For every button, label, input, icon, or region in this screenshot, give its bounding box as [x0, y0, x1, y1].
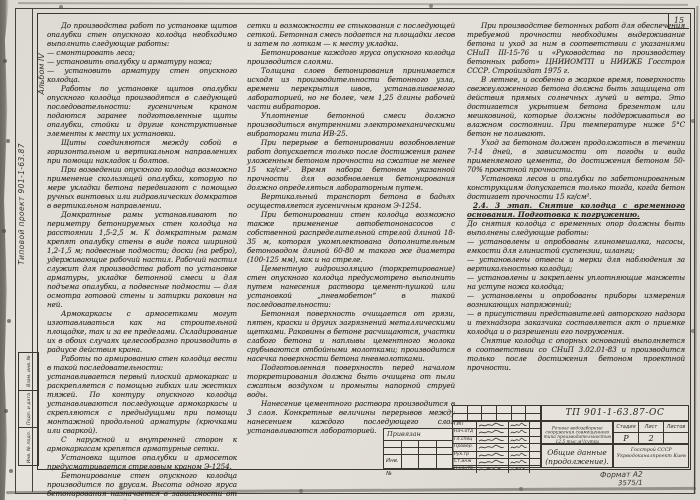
- project-name-cell: Речные водозаборные сооружения совмещенн…: [541, 421, 613, 444]
- paragraph: При возведении опускного колодца возможн…: [47, 165, 237, 210]
- paragraph: Цементную гидроизоляцию (торкретирование…: [247, 264, 455, 309]
- signature-name-cell: [477, 452, 509, 458]
- signature-autograph-cell: [509, 422, 530, 428]
- left-margin-stamp-cells: Взам. инв. №Подп. и датаИнв. № подл.: [18, 352, 39, 466]
- stage-table-headers: СтадияЛистЛистов: [614, 422, 688, 433]
- project-vertical-label: Типовой проект 901-1-63.87: [18, 124, 26, 284]
- margin-cell-label: Подп. и дата: [26, 393, 31, 425]
- signature-role-label: Н.контр: [453, 466, 477, 472]
- paragraph: Армокаркасы с армосетками могут изготавл…: [47, 309, 237, 354]
- margin-cell: Инв. № подл.: [19, 428, 38, 465]
- paragraph: Работы по армированию стен колодца вести…: [47, 354, 237, 372]
- paragraph: До производства работ по установке щитов…: [47, 21, 237, 48]
- signature-date-cell: [530, 452, 540, 458]
- stage-sheet-table: СтадияЛистЛистов Р2: [613, 421, 689, 444]
- signature-scribble: [510, 437, 528, 443]
- revision-grid: [452, 405, 541, 421]
- paragraph: Домкратные рамы устанавливают по перимет…: [47, 210, 237, 309]
- inv-number-label: Инв. №: [384, 455, 402, 468]
- signature-date-cell: [530, 459, 540, 465]
- signature-date-cell: [530, 422, 540, 428]
- signature-row: Рук.гр: [453, 452, 540, 459]
- signature-scribble: [478, 429, 507, 435]
- album-handwritten-label: Альбом IV: [38, 24, 46, 124]
- signature-scribble: [478, 422, 507, 428]
- binding-reference-table: Привязан Инв. №: [383, 428, 454, 469]
- paragraph: Уплотнение бетонной смеси должно произво…: [247, 111, 455, 138]
- binding-table-row: [384, 448, 453, 455]
- signature-role-label: Ст.инж: [453, 459, 477, 465]
- paragraph: Бетонирование каждого яруса опускного ко…: [247, 48, 455, 66]
- organization-text: Госстрой СССР Укрводоканалпроект Киев: [614, 448, 688, 458]
- stage-header-cell: Стадия: [614, 422, 639, 432]
- signature-autograph-cell: [509, 466, 530, 472]
- signature-name-cell: [477, 422, 509, 428]
- paragraph: — в присутствии представителей авторског…: [467, 309, 685, 336]
- section-heading: 2.4. 3 этап. Снятие колодца с временного…: [467, 201, 685, 219]
- signature-name-cell: [477, 466, 509, 472]
- document-number: ТП 901-1-63.87-ОС: [541, 405, 689, 421]
- signature-scribble: [510, 459, 528, 465]
- signature-name-cell: [477, 444, 509, 450]
- signature-scribble: [510, 452, 528, 458]
- binding-table-inv-row: Инв. №: [384, 455, 453, 468]
- paragraph: — установлены и закреплены уплотняющие м…: [467, 273, 685, 291]
- scan-noise-speckles: [0, 0, 2, 2]
- paragraph: Бетонирование стен опускного колодца про…: [47, 471, 237, 500]
- paragraph: С наружной и внутренней сторон к армокар…: [47, 435, 237, 453]
- signature-row: ГИП: [453, 422, 540, 429]
- signature-scribble: [510, 429, 528, 435]
- binding-table-row: [384, 441, 453, 448]
- signature-scribble: [478, 437, 507, 443]
- paragraph: — установить опалубку и арматуру ножа;: [47, 57, 237, 66]
- paragraph: — установлены отвесы и мерки для наблюде…: [467, 255, 685, 273]
- signature-scribble: [510, 422, 528, 428]
- stage-header-cell: Листов: [664, 422, 688, 432]
- signature-role-label: Рук.гр: [453, 452, 477, 458]
- binding-table-header: Привязан: [384, 429, 453, 441]
- signature-date-cell: [530, 437, 540, 443]
- sheet-title-text: Общие данные (продолжение).: [542, 448, 612, 466]
- signature-scribble: [510, 466, 528, 472]
- signature-scribble: [478, 444, 507, 450]
- paragraph: Бетонная поверхность очищается от грязи,…: [247, 309, 455, 363]
- order-handwritten-note: 3575/1: [618, 479, 643, 487]
- signature-scribble: [478, 466, 507, 472]
- signature-date-cell: [530, 444, 540, 450]
- title-block: ТП 901-1-63.87-ОС ГИПНач.отдГл.спецПрове…: [452, 405, 689, 468]
- stage-header-cell: Лист: [639, 422, 664, 432]
- signature-autograph-cell: [509, 429, 530, 435]
- paragraph: В летнее, и особенно в жаркое время, пов…: [467, 75, 685, 138]
- paragraph: — установить арматуру стен опускного кол…: [47, 66, 237, 84]
- paragraph: — установлены и опробованы приборы измер…: [467, 291, 685, 309]
- paragraph: устанавливается первый плоский армокарка…: [47, 372, 237, 435]
- paragraph: — смонтировать леса;: [47, 48, 237, 57]
- paragraph: Уход за бетоном должен продолжаться в те…: [467, 138, 685, 174]
- sheet-title-cell: Общие данные (продолжение).: [541, 444, 613, 468]
- organization-cell: Госстрой СССР Укрводоканалпроект Киев: [613, 444, 689, 468]
- signature-autograph-cell: [509, 459, 530, 465]
- paragraph: Толщина слоев бетонирования принимается …: [247, 66, 455, 111]
- signature-row: Нач.отд: [453, 429, 540, 436]
- signature-row: Ст.инж: [453, 459, 540, 466]
- signature-date-cell: [530, 429, 540, 435]
- signature-date-cell: [530, 466, 540, 472]
- signature-role-label: Нач.отд: [453, 429, 477, 435]
- margin-cell: Подп. и дата: [19, 391, 38, 429]
- paragraph: Установка щитов опалубки и армосеток пре…: [47, 453, 237, 471]
- signature-row: Провер.: [453, 444, 540, 451]
- text-column-3: При производстве бетонных работ для обес…: [467, 21, 685, 372]
- paragraph: Работы по установке щитов опалубки опуск…: [47, 84, 237, 138]
- paragraph: Вертикальный транспорт бетона в бадьях о…: [247, 192, 455, 210]
- signature-name-cell: [477, 429, 509, 435]
- signature-autograph-cell: [509, 444, 530, 450]
- paragraph: При производстве бетонных работ для обес…: [467, 21, 685, 75]
- text-column-2: сетки и возможности ее стыкования с посл…: [247, 21, 455, 435]
- signature-role-label: ГИП: [453, 422, 477, 428]
- paragraph: Подготовленная поверхность перед началом…: [247, 363, 455, 399]
- paragraph: До снятия колодца с временных опор должн…: [467, 219, 685, 237]
- signature-scribble: [478, 459, 507, 465]
- signature-scribble: [510, 444, 528, 450]
- signature-role-label: Гл.спец: [453, 437, 477, 443]
- paragraph: Щиты соединяются между собой в горизонта…: [47, 138, 237, 165]
- signature-autograph-cell: [509, 437, 530, 443]
- paragraph: сетки и возможности ее стыкования с посл…: [247, 21, 455, 48]
- signature-name-cell: [477, 437, 509, 443]
- signature-autograph-cell: [509, 452, 530, 458]
- margin-cell: Взам. инв. №: [19, 353, 38, 391]
- paragraph: При бетонировании стен колодца возможно …: [247, 210, 455, 264]
- paragraph: Установка лесов и опалубки по забетониро…: [467, 174, 685, 201]
- text-column-1: До производства работ по установке щитов…: [47, 21, 237, 500]
- signature-name-cell: [477, 459, 509, 465]
- paragraph: — установлены и опробованы глиномешалка,…: [467, 237, 685, 255]
- signature-row: Гл.спец: [453, 437, 540, 444]
- project-name-text: Речные водозаборные сооружения совмещенн…: [542, 426, 612, 444]
- signature-block: ГИПНач.отдГл.спецПровер.Рук.грСт.инжН.ко…: [452, 421, 541, 468]
- paragraph: Снятие колодца с опорных оснований выпол…: [467, 336, 685, 372]
- signature-scribble: [478, 452, 507, 458]
- signature-role-label: Провер.: [453, 444, 477, 450]
- signature-row: Н.контр: [453, 466, 540, 472]
- paragraph: При перерыве в бетонировании возобновлен…: [247, 138, 455, 192]
- margin-cell-label: Инв. № подл.: [26, 431, 31, 463]
- margin-cell-label: Взам. инв. №: [26, 355, 31, 387]
